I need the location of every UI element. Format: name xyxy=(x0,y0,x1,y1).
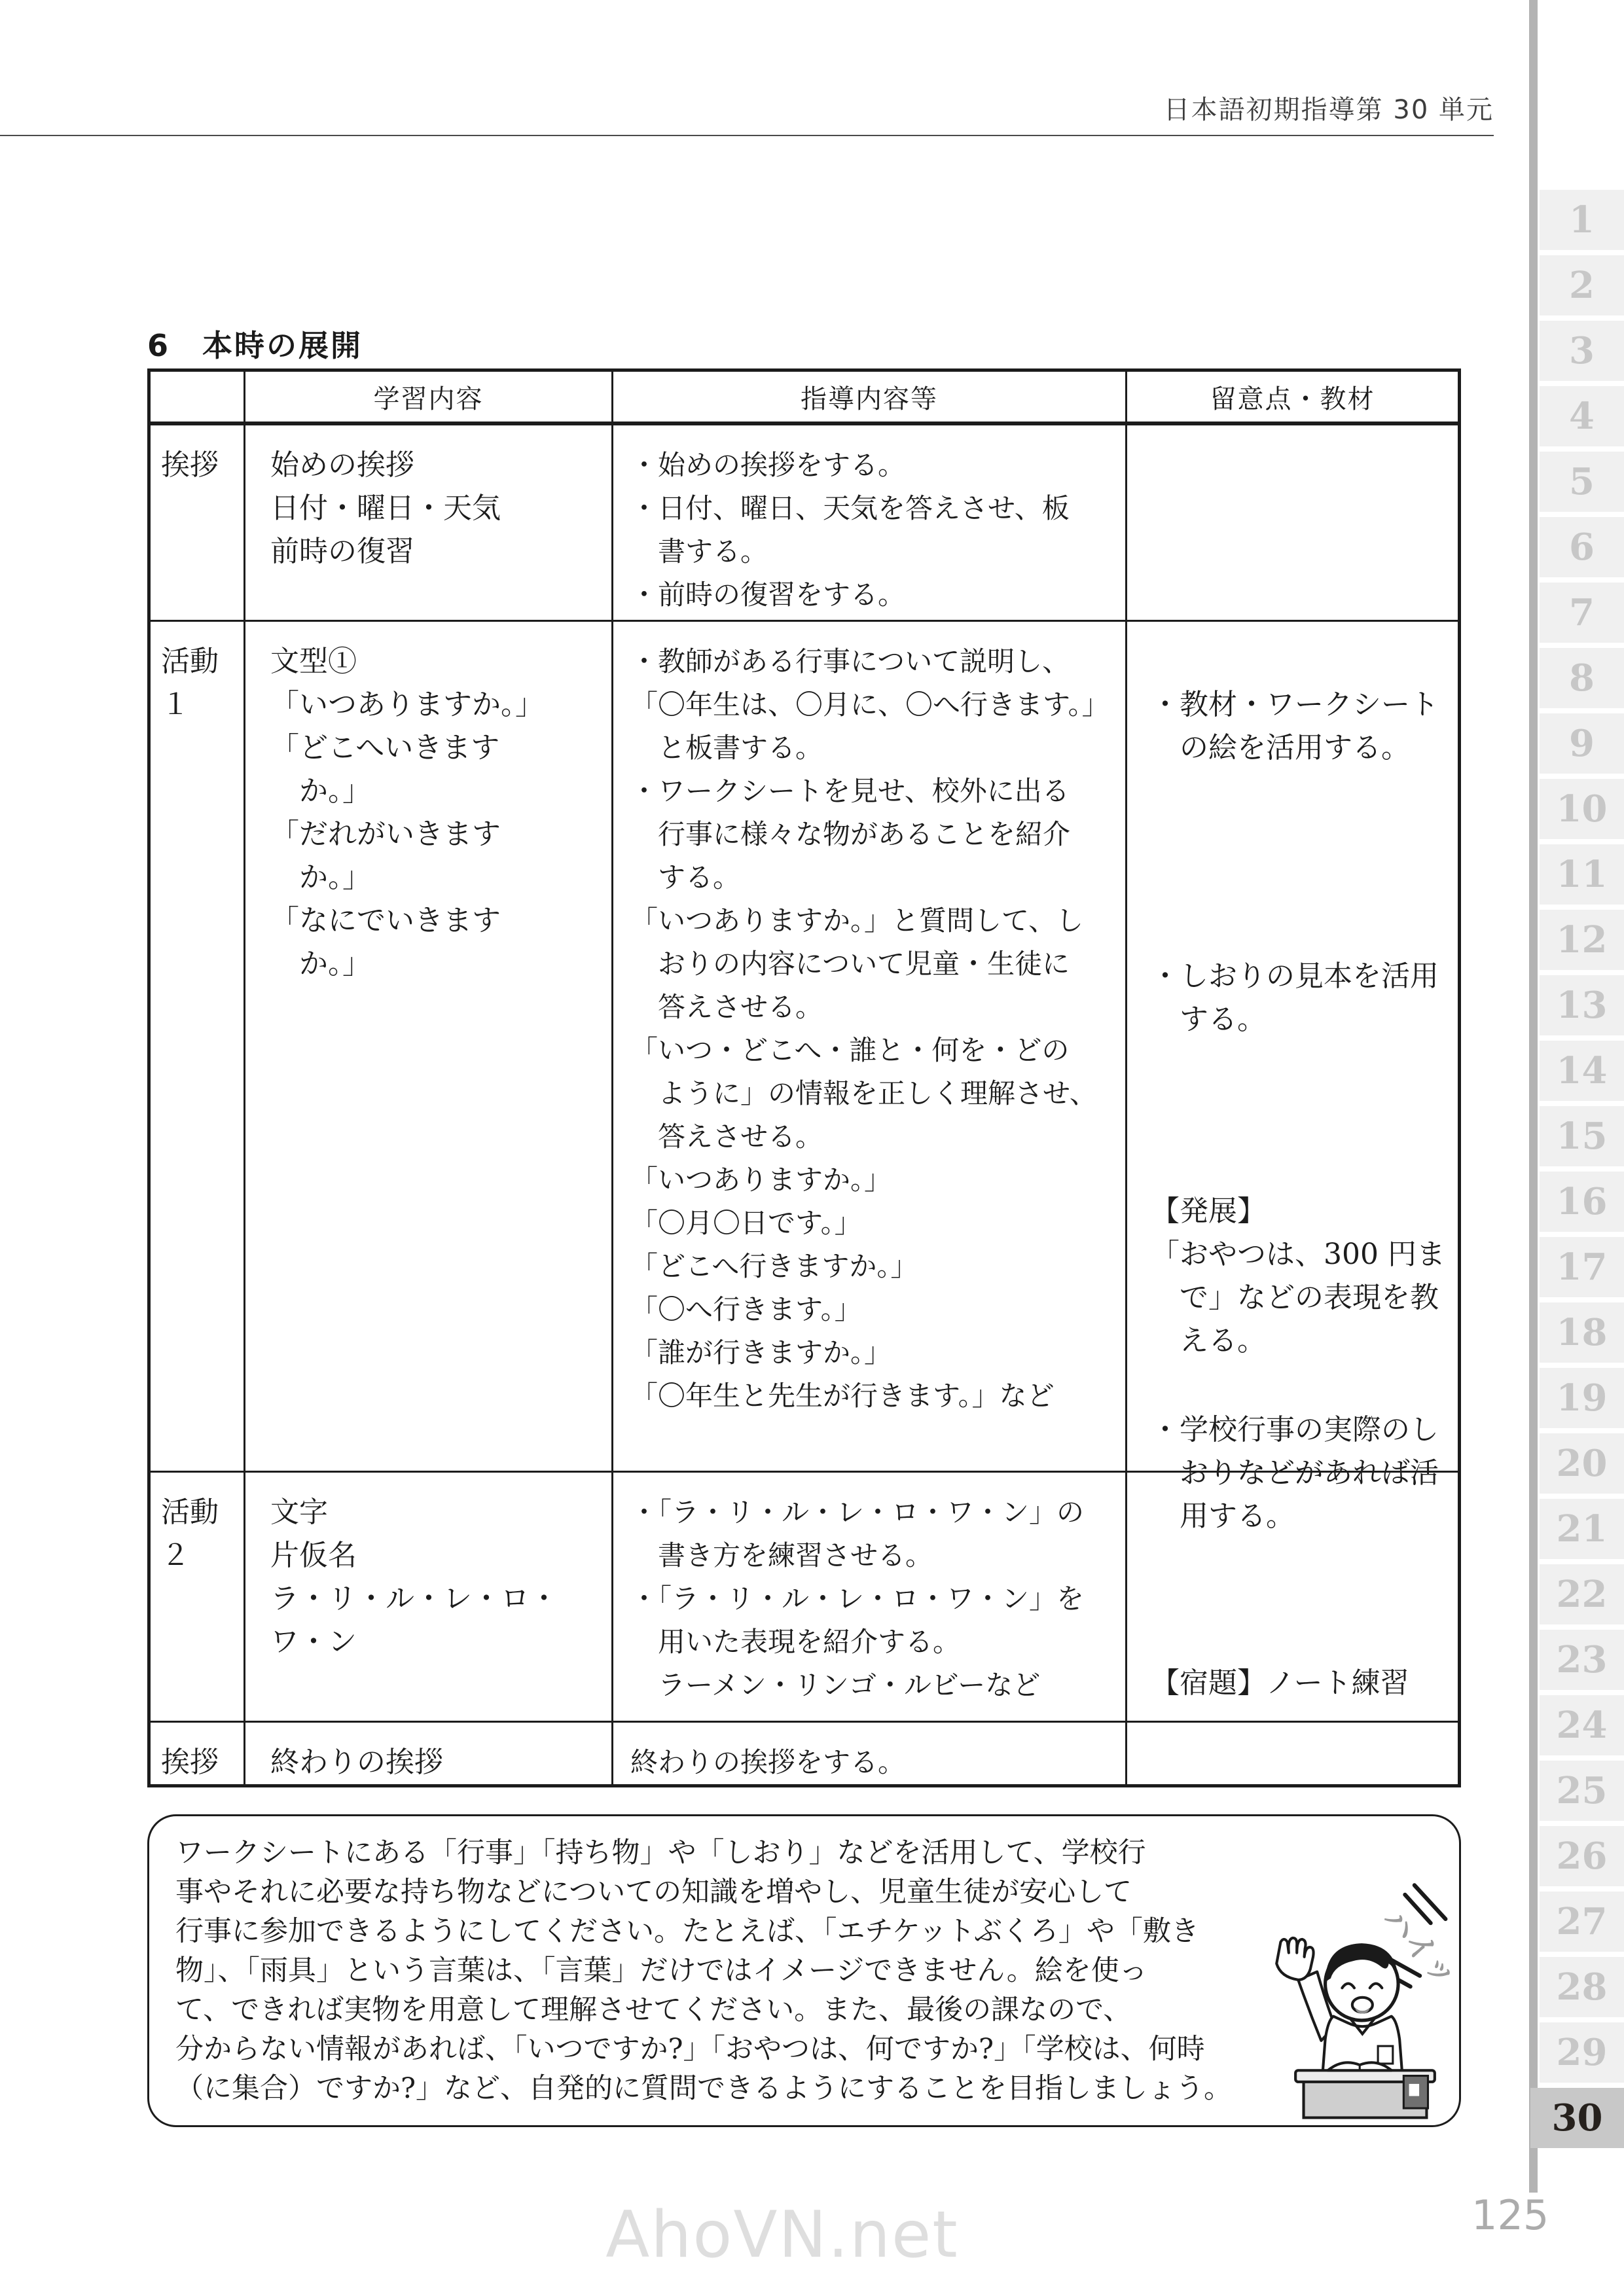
advice-note-text: ワークシートにある「行事」「持ち物」や「しおり」などを活用して、学校行 事やそれ… xyxy=(175,1833,1275,2108)
student-figure xyxy=(1276,1938,1402,2075)
notes-block: ・しおりの見本を活用 する。 xyxy=(1151,955,1454,1041)
table-header-notes: 留意点・教材 xyxy=(1127,372,1458,425)
chapter-tab-27: 27 xyxy=(1540,1892,1624,1952)
header-rule xyxy=(0,135,1494,136)
notes-cell xyxy=(1127,1723,1458,1784)
chapter-tab-21: 21 xyxy=(1540,1499,1624,1559)
chapter-tab-26: 26 xyxy=(1540,1826,1624,1886)
notes-block: 【発展】 「おやつは、300 円ま で」などの表現を教 える。 xyxy=(1151,1190,1454,1363)
chapter-tab-18: 18 xyxy=(1540,1302,1624,1363)
chapter-tab-16: 16 xyxy=(1540,1172,1624,1232)
page-number: 125 xyxy=(1471,2191,1549,2239)
chapter-tab-22: 22 xyxy=(1540,1564,1624,1624)
homework-note: 【宿題】ノート練習 xyxy=(1151,1662,1454,1705)
study-cell: 始めの挨拶 日付・曜日・天気 前時の復習 xyxy=(245,425,613,622)
chapter-tab-23: 23 xyxy=(1540,1630,1624,1690)
chapter-tab-7: 7 xyxy=(1540,583,1624,643)
study-cell: 文型① 「いつありますか。」 「どこへいきます か。」 「だれがいきます か。」… xyxy=(245,622,613,1473)
chapter-tab-2: 2 xyxy=(1540,255,1624,315)
chapter-tab-24: 24 xyxy=(1540,1695,1624,1755)
student-illustration: ハイッ xyxy=(1250,1877,1460,2127)
chapter-tabs: 1234567891011121314151617181920212223242… xyxy=(1540,190,1624,2153)
page-title: 6 本時の展開 xyxy=(147,322,363,365)
table-header-empty xyxy=(151,372,245,425)
chapter-tab-19: 19 xyxy=(1540,1368,1624,1428)
chapter-tab-8: 8 xyxy=(1540,648,1624,708)
chapter-tab-6: 6 xyxy=(1540,517,1624,577)
sidebar-strip xyxy=(1529,0,1538,2193)
chapter-tab-3: 3 xyxy=(1540,321,1624,381)
row-label: 活動２ xyxy=(151,1473,245,1723)
guidance-cell: ・始めの挨拶をする。 ・日付、曜日、天気を答えさせ、板 書する。 ・前時の復習を… xyxy=(613,425,1127,622)
table-header-guidance: 指導内容等 xyxy=(613,372,1127,425)
table-header-study: 学習内容 xyxy=(245,372,613,425)
chapter-tab-10: 10 xyxy=(1540,779,1624,839)
chapter-tab-29: 29 xyxy=(1540,2022,1624,2083)
chapter-tab-20: 20 xyxy=(1540,1433,1624,1494)
notes-block: ・教材・ワークシート の絵を活用する。 xyxy=(1151,683,1454,770)
chapter-tab-17: 17 xyxy=(1540,1237,1624,1297)
row-label: 挨拶 xyxy=(151,425,245,622)
notes-cell xyxy=(1127,425,1458,622)
chapter-tab-11: 11 xyxy=(1540,844,1624,905)
document-header-label: 日本語初期指導第 30 単元 xyxy=(1164,89,1494,126)
watermark: AhoVN.net xyxy=(540,2198,1024,2272)
study-cell: 終わりの挨拶 xyxy=(245,1723,613,1784)
chapter-tab-12: 12 xyxy=(1540,910,1624,970)
chapter-tab-30: 30 xyxy=(1530,2088,1624,2148)
row-label: 挨拶 xyxy=(151,1723,245,1784)
guidance-cell: ・教師がある行事について説明し、 「〇年生は、〇月に、〇へ行きます。」 と板書す… xyxy=(613,622,1127,1473)
chapter-tab-4: 4 xyxy=(1540,386,1624,446)
row-label: 活動１ xyxy=(151,622,245,1473)
chapter-tab-15: 15 xyxy=(1540,1106,1624,1166)
chapter-tab-14: 14 xyxy=(1540,1041,1624,1101)
chapter-tab-9: 9 xyxy=(1540,713,1624,774)
study-cell: 文字 片仮名 ラ・リ・ル・レ・ロ・ ワ・ン xyxy=(245,1473,613,1723)
desk xyxy=(1295,2062,1435,2117)
chapter-tab-25: 25 xyxy=(1540,1761,1624,1821)
guidance-cell: 終わりの挨拶をする。 xyxy=(613,1723,1127,1784)
guidance-cell: ・「ラ・リ・ル・レ・ロ・ワ・ン」の 書き方を練習させる。 ・「ラ・リ・ル・レ・ロ… xyxy=(613,1473,1127,1723)
chapter-tab-28: 28 xyxy=(1540,1957,1624,2017)
notes-cell: 【宿題】ノート練習 xyxy=(1127,1473,1458,1723)
chapter-tab-13: 13 xyxy=(1540,975,1624,1035)
notes-cell: ・教材・ワークシート の絵を活用する。 ・しおりの見本を活用 する。 【発展】 … xyxy=(1127,622,1458,1473)
chapter-tab-5: 5 xyxy=(1540,452,1624,512)
lesson-table: 学習内容 指導内容等 留意点・教材 挨拶 始めの挨拶 日付・曜日・天気 前時の復… xyxy=(147,368,1461,1787)
chapter-tab-1: 1 xyxy=(1540,190,1624,250)
